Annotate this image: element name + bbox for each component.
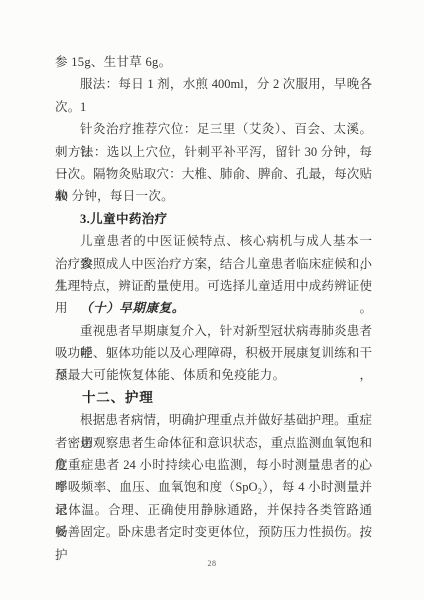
text-line: 一次。隔物灸贴取穴：大椎、肺俞、脾俞、孔最，每次贴敷 — [55, 163, 372, 185]
text-line: 针灸治疗推荐穴位：足三里（艾灸）、百会、太溪。针 — [55, 118, 372, 140]
text-line: 次。 — [55, 96, 372, 118]
page-number: 28 — [0, 559, 424, 568]
text-line: 40 分钟，每日一次。 — [55, 185, 372, 207]
document-page: 参 15g、生甘草 6g。 服法：每日 1 剂，水煎 400ml，分 2 次服用… — [0, 0, 424, 600]
text-line: 儿童患者的中医证候特点、核心病机与成人基本一致， — [55, 230, 372, 252]
text-line: 刺方法：选以上穴位，针刺平补平泻，留针 30 分钟，每日 — [55, 141, 372, 163]
text-line: 生理特点，辨证酌量使用。可选择儿童适用中成药辨证使用。 — [55, 275, 372, 297]
text-line: 呼吸频率、血压、血氧饱和度（SpO₂），每 4 小时测量并记 — [55, 476, 372, 498]
text-line: 参 15g、生甘草 6g。 — [55, 51, 372, 73]
document-text-block: 参 15g、生甘草 6g。 服法：每日 1 剂，水煎 400ml，分 2 次服用… — [55, 51, 372, 544]
section-heading-nursing: 十二、护理 — [55, 387, 372, 409]
text-line: 危重症患者 24 小时持续心电监测，每小时测量患者的心率、 — [55, 454, 372, 476]
text-line: 治疗参照成人中医治疗方案，结合儿童患者临床症候和小儿 — [55, 253, 372, 275]
text-line: 根据患者病情，明确护理重点并做好基础护理。重症患 — [55, 409, 372, 431]
text-line: 吸功能、躯体功能以及心理障碍，积极开展康复训练和干预， — [55, 342, 372, 364]
text-line: 录体温。合理、正确使用静脉通路，并保持各类管路通畅， — [55, 499, 372, 521]
text-line: 重视患者早期康复介入，针对新型冠状病毒肺炎患者呼 — [55, 320, 372, 342]
text-line: 妥善固定。卧床患者定时变更体位，预防压力性损伤。按护 — [55, 521, 372, 543]
section-heading-child-tcm: 3.儿童中药治疗 — [55, 208, 372, 230]
text-line: 者密切观察患者生命体征和意识状态，重点监测血氧饱和度。 — [55, 432, 372, 454]
text-line: 服法：每日 1 剂，水煎 400ml，分 2 次服用，早晚各 1 — [55, 73, 372, 95]
